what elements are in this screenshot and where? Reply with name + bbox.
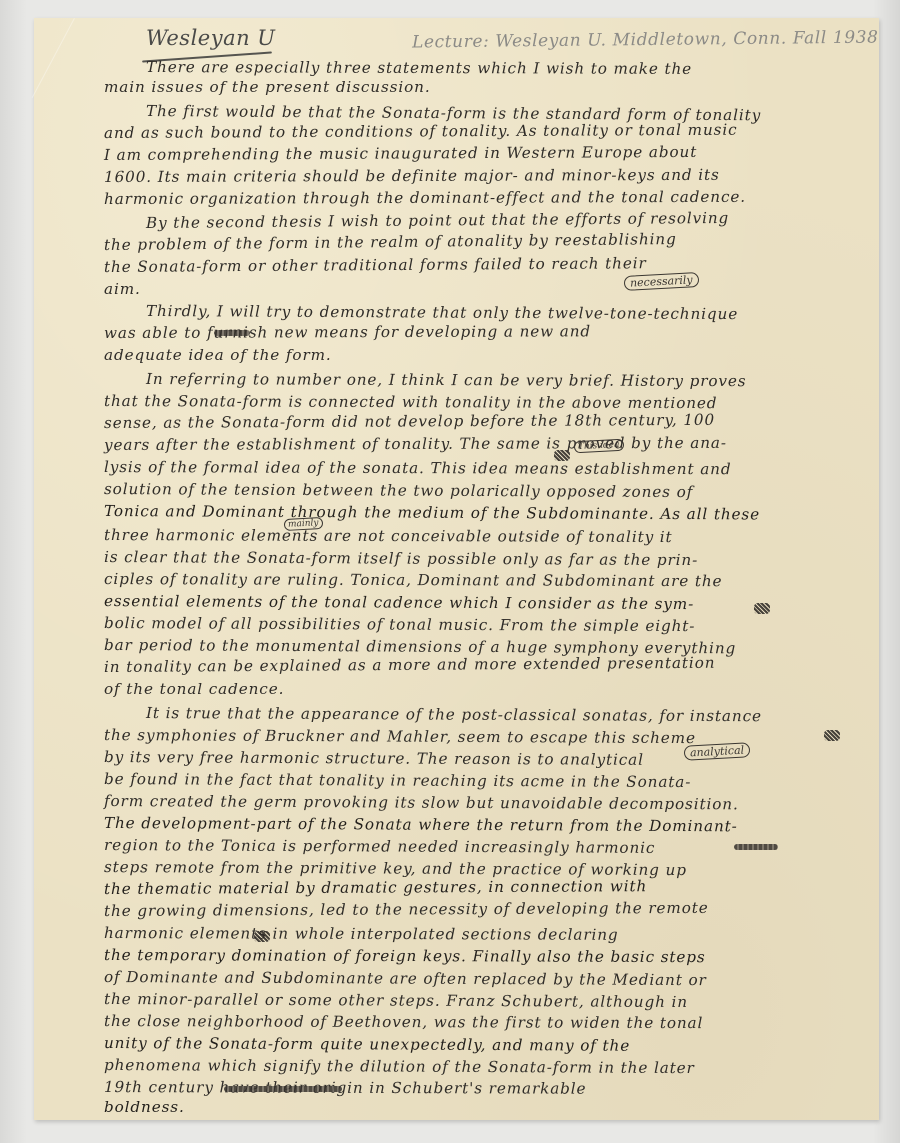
text-line: of Dominante and Subdominante are often … xyxy=(104,968,707,989)
text-line: the growing dimensions, led to the neces… xyxy=(104,899,709,920)
text-line: ciples of tonality are ruling. Tonica, D… xyxy=(104,570,723,590)
annotation-analytical: analytical xyxy=(684,742,751,760)
text-line: phenomena which signify the dilution of … xyxy=(104,1056,695,1077)
text-line: that the Sonata-form is connected with t… xyxy=(104,392,718,412)
text-line: the Sonata-form or other traditional for… xyxy=(104,254,647,276)
ink-scribble xyxy=(754,603,770,614)
strikethrough-mark xyxy=(224,1086,342,1092)
text-line: by its very free harmonic structure. The… xyxy=(104,748,644,769)
ink-scribble xyxy=(824,730,840,741)
text-line: 1600. Its main criteria should be defini… xyxy=(104,166,720,186)
text-line: was able to furnish new means for develo… xyxy=(104,322,591,342)
text-line: harmonic organization through the domina… xyxy=(104,188,746,208)
text-line: form created the germ provoking its slow… xyxy=(104,792,739,813)
text-line: It is true that the appearance of the po… xyxy=(146,704,762,725)
text-line: sense, as the Sonata-form did not develo… xyxy=(104,411,715,432)
annotation-necessarily: necessarily xyxy=(624,272,699,291)
text-line: the thematic material by dramatic gestur… xyxy=(104,877,647,898)
text-line: main issues of the present discussion. xyxy=(104,78,431,96)
text-line: solution of the tension between the two … xyxy=(104,480,693,501)
text-line: be found in the fact that tonality in re… xyxy=(104,770,691,791)
text-line: the problem of the form in the realm of … xyxy=(104,230,677,254)
text-line: the close neighborhood of Beethoven, was… xyxy=(104,1012,703,1032)
strikethrough-mark xyxy=(734,844,778,850)
manuscript-body: There are especially three statements wh… xyxy=(34,18,879,1120)
manuscript-page: Wesleyan U Lecture: Wesleyan U. Middleto… xyxy=(34,18,879,1120)
text-line: and as such bound to the conditions of t… xyxy=(104,121,738,142)
text-line: Tonica and Dominant through the medium o… xyxy=(104,502,760,523)
text-line: The development-part of the Sonata where… xyxy=(104,814,738,835)
text-line: aim. xyxy=(104,280,141,298)
text-line: is clear that the Sonata-form itself is … xyxy=(104,548,698,569)
text-line: lysis of the formal idea of the sonata. … xyxy=(104,458,732,478)
text-line: boldness. xyxy=(104,1098,185,1116)
text-line: of the tonal cadence. xyxy=(104,680,284,698)
ink-scribble xyxy=(254,931,270,942)
text-line: Thirdly, I will try to demonstrate that … xyxy=(146,302,738,323)
text-line: There are especially three statements wh… xyxy=(146,58,692,78)
text-line: 19th century have their origin in Schube… xyxy=(104,1078,587,1098)
text-line: the symphonies of Bruckner and Mahler, s… xyxy=(104,726,696,747)
text-line: steps remote from the primitive key, and… xyxy=(104,858,687,879)
text-line: in tonality can be explained as a more a… xyxy=(104,654,716,676)
text-line: the minor-parallel or some other steps. … xyxy=(104,990,688,1011)
text-line: the temporary domination of foreign keys… xyxy=(104,946,706,966)
text-line: harmonic elements in whole interpolated … xyxy=(104,924,619,944)
text-line: In referring to number one, I think I ca… xyxy=(146,370,747,390)
text-line: bolic model of all possibilities of tona… xyxy=(104,614,695,635)
text-line: adequate idea of the form. xyxy=(104,346,332,364)
text-line: region to the Tonica is performed needed… xyxy=(104,836,655,857)
text-line: I am comprehending the music inaugurated… xyxy=(104,143,697,164)
text-line: three harmonic elements are not conceiva… xyxy=(104,526,673,546)
strikethrough-mark xyxy=(214,330,250,336)
text-line: years after the establishment of tonalit… xyxy=(104,434,727,454)
text-line: By the second thesis I wish to point out… xyxy=(146,209,729,232)
text-line: unity of the Sonata-form quite unexpecte… xyxy=(104,1034,630,1055)
text-line: essential elements of the tonal cadence … xyxy=(104,592,694,613)
